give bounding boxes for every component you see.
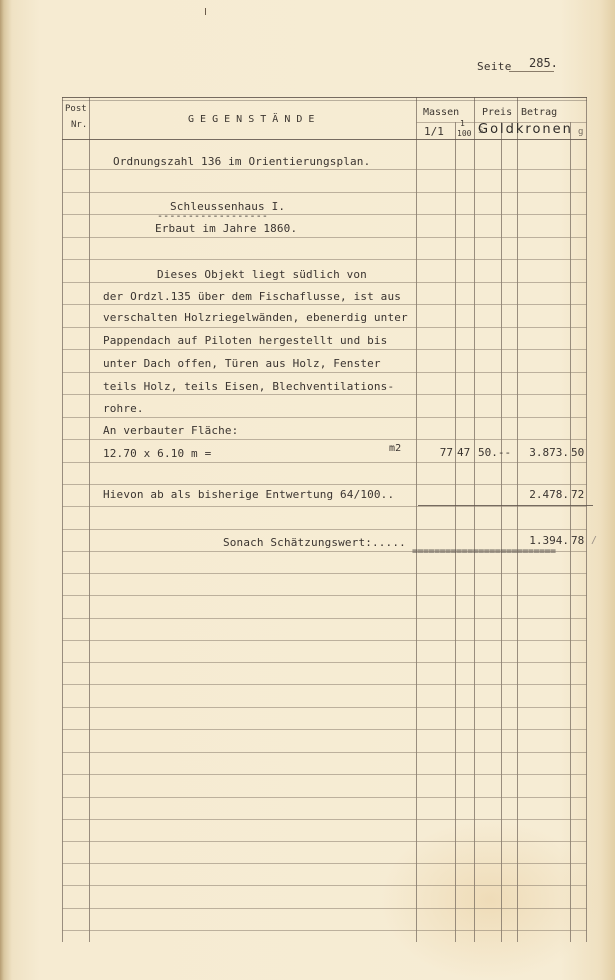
header-massen: Massen xyxy=(423,107,459,118)
row-line xyxy=(62,484,587,485)
row-line xyxy=(62,797,587,798)
description-line: der Ordzl.135 über dem Fischaflusse, ist… xyxy=(103,290,401,303)
header-massen-frac-num: 1 xyxy=(460,119,465,128)
grid-line-massen xyxy=(416,97,417,942)
header-gegenstaende: G E G E N S T Ä N D E xyxy=(188,114,314,125)
row-line xyxy=(62,282,587,283)
row-line xyxy=(62,372,587,373)
page-number: 285. xyxy=(509,56,554,72)
header-betrag: Betrag xyxy=(521,107,557,118)
row-line xyxy=(62,237,587,238)
row-line xyxy=(62,684,587,685)
row-line xyxy=(62,930,587,931)
margin-mark xyxy=(205,8,206,15)
grid-line-post-nr xyxy=(89,97,90,942)
row-line xyxy=(62,707,587,708)
preis-value: 50.-- xyxy=(478,446,518,459)
row-line xyxy=(62,752,587,753)
grid-line-left xyxy=(62,97,63,942)
row-line xyxy=(62,640,587,641)
header-massen-frac-den: 100 xyxy=(457,129,471,138)
row-line xyxy=(62,908,587,909)
document-page: Seite 285. xyxy=(0,0,615,980)
row-line xyxy=(62,462,587,463)
deduction-text: Hievon ab als bisherige Entwertung 64/10… xyxy=(103,488,394,501)
massen-frac-value: 47 xyxy=(455,446,475,459)
row-line xyxy=(62,259,587,260)
row-line xyxy=(62,774,587,775)
grid-top-border-inner xyxy=(62,100,587,101)
double-rule: ========================== xyxy=(412,546,586,557)
massen-whole-value: 77 xyxy=(430,446,453,459)
description-line: teils Holz, teils Eisen, Blechventilatio… xyxy=(103,380,394,393)
area-label: An verbauter Fläche: xyxy=(103,424,238,437)
description-line: rohre. xyxy=(103,402,144,415)
description-line: Pappendach auf Piloten hergestellt und b… xyxy=(103,334,387,347)
header-nr: Nr. xyxy=(71,120,87,130)
deduction-cents: 72 xyxy=(571,488,587,501)
header-sub-g: g xyxy=(578,127,583,137)
line-ordnungszahl: Ordnungszahl 136 im Orientierungsplan. xyxy=(113,155,370,168)
deduction-value: 2.478. xyxy=(522,488,569,501)
header-massen-whole: 1/1 xyxy=(424,125,444,138)
grid-line-betrag xyxy=(517,97,518,942)
row-line xyxy=(62,885,587,886)
row-line xyxy=(62,214,587,215)
description-line: Dieses Objekt liegt südlich von xyxy=(157,268,367,281)
row-line xyxy=(62,327,587,328)
currency-stamp: Goldkronen xyxy=(478,122,573,137)
row-line xyxy=(62,573,587,574)
check-mark: / xyxy=(591,535,597,546)
area-formula: 12.70 x 6.10 m = xyxy=(103,447,211,460)
header-preis: Preis xyxy=(482,107,512,118)
line-erbaut: Erbaut im Jahre 1860. xyxy=(155,222,297,235)
description-line: unter Dach offen, Türen aus Holz, Fenste… xyxy=(103,357,381,370)
row-line xyxy=(62,417,587,418)
row-line xyxy=(62,819,587,820)
row-line xyxy=(62,595,587,596)
betrag-value: 3.873. xyxy=(522,446,569,459)
row-line xyxy=(62,529,587,530)
row-line xyxy=(62,662,587,663)
row-line xyxy=(62,439,587,440)
header-post: Post xyxy=(65,104,87,114)
betrag-cents: 50 xyxy=(571,446,587,459)
row-line xyxy=(62,349,587,350)
paper-stain xyxy=(380,820,600,980)
grid-line-preis xyxy=(474,97,475,942)
grid-line-right xyxy=(586,97,587,942)
area-unit: m2 xyxy=(389,443,401,454)
subtotal-rule xyxy=(418,505,593,506)
grid-header-bottom xyxy=(62,139,587,140)
row-line xyxy=(62,841,587,842)
title-underline: ------------------ xyxy=(157,211,268,222)
page-label: Seite xyxy=(477,60,512,73)
row-line xyxy=(62,506,587,507)
row-line xyxy=(62,729,587,730)
row-line xyxy=(62,304,587,305)
description-line: verschalten Holzriegelwänden, ebenerdig … xyxy=(103,311,408,324)
row-line xyxy=(62,863,587,864)
grid-top-border xyxy=(62,97,587,98)
row-line xyxy=(62,394,587,395)
row-line xyxy=(62,618,587,619)
row-line xyxy=(62,192,587,193)
row-line xyxy=(62,169,587,170)
total-label: Sonach Schätzungswert:..... xyxy=(223,536,406,549)
